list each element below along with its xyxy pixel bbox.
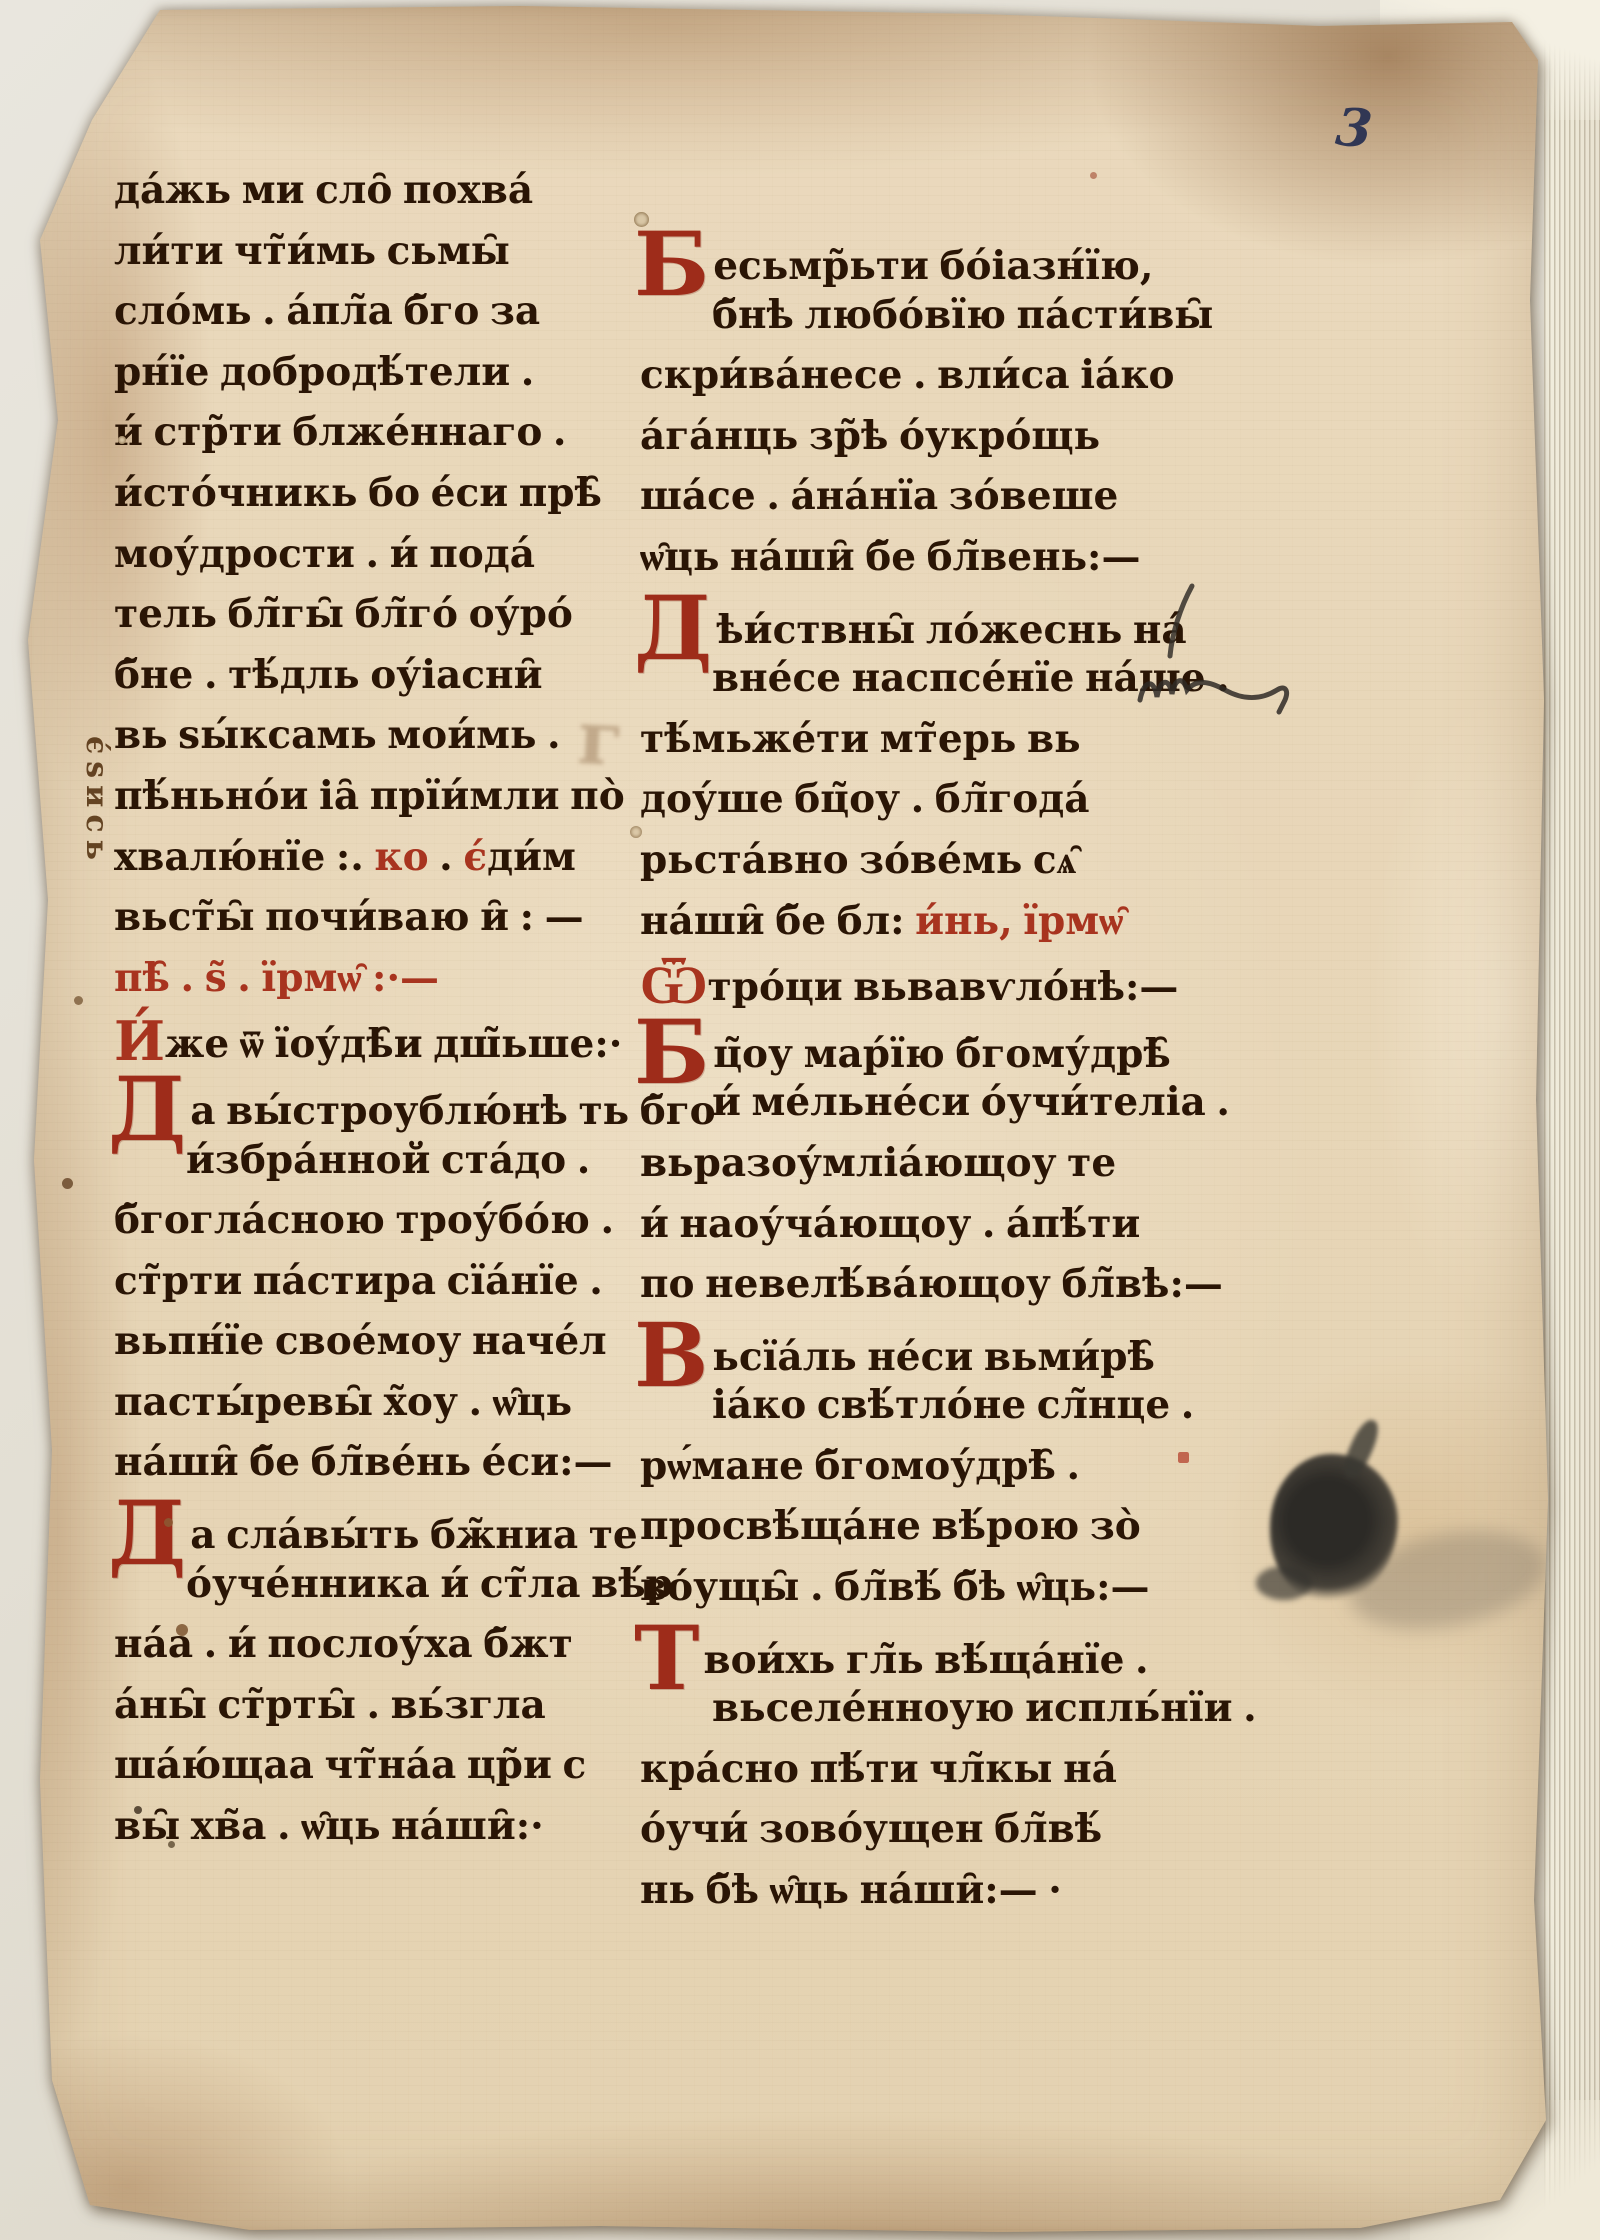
text-line: пѣ́ньно́и іа̑ прїи́мли по̀	[114, 770, 592, 831]
ink-text: сло́мь . а́пл̃а б̃го за	[114, 288, 540, 334]
ink-text: тель бл̃гы̑ бл̃го́ оу́ро́	[114, 591, 573, 637]
page-shadow-wrap: 3 є́ѕись г да́жь ми сло̑ похва́ли́ти чт̃…	[0, 0, 1600, 2240]
worm-hole	[630, 826, 642, 838]
ink-text: б̃нѣ любо́вїю па́сти́вы̑	[712, 292, 1213, 338]
ink-text: на́ши̑ б̃е бл̃ве́нь е́си:—	[114, 1439, 613, 1485]
ink-text: ди́м	[487, 834, 576, 880]
text-line: б̃нѣ любо́вїю па́сти́вы̑	[640, 289, 1200, 350]
ink-text: и́збра́нной ста́до .	[186, 1137, 590, 1183]
text-line: тѣ́мьже́ти мт̃ерь вь	[640, 713, 1200, 774]
ink-text: а сла́вы́ть бж̃ниа те	[190, 1512, 637, 1558]
text-line: іа́ко свѣ́тло́не сл̃нце .	[640, 1379, 1200, 1440]
text-line: на́ши̑ б̃е бл: и́нь, їрмѡ̑	[640, 895, 1200, 956]
ink-text: .	[429, 834, 464, 880]
ink-text: ст̃рти па́стира сїа́нїе .	[114, 1258, 603, 1304]
ink-text: доу́ше бц̃оу . бл̃года́	[640, 776, 1090, 822]
text-column-left: да́жь ми сло̑ похва́ли́ти чт̃и́мь сьмы̑с…	[114, 164, 592, 1861]
text-line: сло́мь . а́пл̃а б̃го за	[114, 285, 592, 346]
text-line: и́сто́чникь бо е́си прѣ̑	[114, 467, 592, 528]
drop-cap-initial: Д	[108, 1513, 186, 1553]
ink-text: ша́ю́щаа чт̃на́а цр̃и с	[114, 1742, 586, 1788]
text-line: нь б̃ѣ ѡ̑ць на́ши̑:— ·	[640, 1864, 1200, 1925]
ink-text: ша́се . а́на́нїа зо́веше	[640, 473, 1118, 519]
ink-text: рьста́вно зо́ве́мь сѧ̑	[640, 837, 1076, 883]
ink-text: и́сто́чникь бо е́си прѣ̑	[114, 470, 602, 516]
ink-text: тѣ́мьже́ти мт̃ерь вь	[640, 716, 1081, 762]
drop-cap-initial: Д	[108, 1089, 186, 1129]
ink-speck	[164, 1518, 173, 1527]
pen-trial-marks	[1136, 578, 1336, 748]
ink-text: скри́ва́несе . вли́са іа́ко	[640, 352, 1175, 398]
drop-cap-initial: В	[634, 1335, 708, 1375]
text-line: б̃не . тѣ́дль оу́іасни̑	[114, 649, 592, 710]
ink-text: ѡ̑ць на́ши̑ б̃е бл̃вень:—	[640, 534, 1140, 580]
text-column-right: Бесьмр̃ьти бо́іазн́їю,б̃нѣ любо́вїю па́с…	[640, 228, 1200, 1925]
ink-text: нь б̃ѣ ѡ̑ць на́ши̑:— ·	[640, 1867, 1062, 1913]
rubric-text: ко	[374, 834, 428, 880]
text-line: просвѣ́ща́не вѣ́рою зо̀	[640, 1500, 1200, 1561]
ink-text: и́ ме́льне́си о́учи́теліа .	[712, 1079, 1230, 1125]
ink-text: по невелѣ́ва́ющоу бл̃вѣ:—	[640, 1261, 1223, 1307]
ink-text: хвалю́нїе :.	[114, 834, 374, 880]
text-line: вьразоу́мліа́ющоу те	[640, 1137, 1200, 1198]
ink-text: кра́сно пѣ́ти чл̃кы на́	[640, 1746, 1117, 1792]
text-line: б̃гогла́сною троу́бо́ю .	[114, 1194, 592, 1255]
text-line: рьста́вно зо́ве́мь сѧ̑	[640, 834, 1200, 895]
ink-text: ьсїа́ль не́си вьми́рѣ̑	[712, 1334, 1155, 1380]
worm-hole	[634, 212, 649, 227]
text-line: вьселе́нноую испль́нїи .	[640, 1682, 1200, 1743]
text-line: кра́сно пѣ́ти чл̃кы на́	[640, 1743, 1200, 1804]
manuscript-page: 3 є́ѕись г да́жь ми сло̑ похва́ли́ти чт̃…	[18, 6, 1564, 2234]
ink-text: вьразоу́мліа́ющоу те	[640, 1140, 1116, 1186]
ink-text: и́ стр̃ти блже́ннаго .	[114, 409, 567, 455]
worm-hole	[118, 436, 126, 444]
text-line: во́ущы̑ . бл̃вѣ́ б̃ѣ ѡ̑ць:—	[640, 1561, 1200, 1622]
ink-speck	[62, 1178, 73, 1189]
ink-text: просвѣ́ща́не вѣ́рою зо̀	[640, 1503, 1141, 1549]
text-line: ст̃рти па́стира сїа́нїе .	[114, 1255, 592, 1316]
text-line: рн́їе добродѣ́тели .	[114, 346, 592, 407]
ink-text: ли́ти чт̃и́мь сьмы̑	[114, 228, 510, 274]
text-line: вне́се наспсе́нїе на́ше .	[640, 652, 1200, 713]
ink-speck	[176, 1624, 188, 1636]
ink-text: іа́ко свѣ́тло́не сл̃нце .	[712, 1382, 1194, 1428]
rubric-text: пѣ̑ . ѕ̃ . їрмѡ̑ :·—	[114, 955, 439, 1001]
text-line: и́ наоу́ча́ющоу . а́пѣ́ти	[640, 1198, 1200, 1259]
pen-squiggle-mark	[1140, 681, 1287, 712]
text-line: Бц̃оу мар́їю б̃гому́дрѣ̑	[640, 1016, 1200, 1077]
text-line: Дѣи́ствны̑ ло́жеснь на́	[640, 592, 1200, 653]
ink-text: вьпн́їе свое́моу наче́л	[114, 1318, 607, 1364]
ink-text: а́га́нць зр̃ѣ о́укро́щь	[640, 413, 1100, 459]
ink-blot-drip	[1256, 1566, 1312, 1600]
ink-text: моу́дрости . и́ пода́	[114, 531, 535, 577]
text-line: а́га́нць зр̃ѣ о́укро́щь	[640, 410, 1200, 471]
text-line: вь ѕы́ксамь мои́мь .	[114, 709, 592, 770]
drop-cap-initial: Т	[634, 1638, 699, 1678]
text-line: ша́се . а́на́нїа зо́веше	[640, 470, 1200, 531]
text-line: Вьсїа́ль не́си вьми́рѣ̑	[640, 1319, 1200, 1380]
text-line: Ѿтро́ци вьвавѵло́нѣ:—	[640, 955, 1200, 1016]
ink-text: и́ наоу́ча́ющоу . а́пѣ́ти	[640, 1201, 1140, 1247]
text-line: тель бл̃гы̑ бл̃го́ оу́ро́	[114, 588, 592, 649]
text-line: о́учи́ зово́ущен бл̃вѣ́	[640, 1803, 1200, 1864]
text-line: Да сла́вы́ть бж̃ниа те	[114, 1497, 592, 1558]
ink-text: вои́хь гл̃ь вѣ́ща́нїе .	[703, 1637, 1148, 1683]
text-line: рѡ́мане б̃гомоу́дрѣ̑ .	[640, 1440, 1200, 1501]
text-line: да́жь ми сло̑ похва́	[114, 164, 592, 225]
ink-text: на́ши̑ б̃е бл:	[640, 898, 915, 944]
text-line: пѣ̑ . ѕ̃ . їрмѡ̑ :·—	[114, 952, 592, 1013]
text-line: доу́ше бц̃оу . бл̃года́	[640, 773, 1200, 834]
text-line: ша́ю́щаа чт̃на́а цр̃и с	[114, 1739, 592, 1800]
text-line: вьст̃ы̑ почи́ваю и̑ : —	[114, 891, 592, 952]
ink-text: тро́ци вьвавѵло́нѣ:—	[708, 964, 1179, 1010]
folio-number: 3	[1333, 97, 1374, 161]
drop-cap-initial: Б	[634, 244, 709, 284]
margin-note: є́ѕись	[79, 736, 114, 867]
ink-text: пѣ́ньно́и іа̑ прїи́мли по̀	[114, 773, 625, 819]
ink-text: вь ѕы́ксамь мои́мь .	[114, 712, 561, 758]
ink-speck	[168, 1841, 175, 1848]
text-line: вьпн́їе свое́моу наче́л	[114, 1315, 592, 1376]
ink-speck	[134, 1806, 142, 1814]
red-speck	[1090, 172, 1097, 179]
text-line: ѡ̑ць на́ши̑ б̃е бл̃вень:—	[640, 531, 1200, 592]
ink-text: вьст̃ы̑ почи́ваю и̑ : —	[114, 894, 584, 940]
drop-cap-initial: Д	[634, 608, 712, 648]
text-line: Бесьмр̃ьти бо́іазн́їю,	[640, 228, 1200, 289]
text-line: вы̑ хв̃а . ѡ̑ць на́ши̑:·	[114, 1800, 592, 1861]
photo-frame: 3 є́ѕись г да́жь ми сло̑ похва́ли́ти чт̃…	[0, 0, 1600, 2240]
ink-text: б̃не . тѣ́дль оу́іасни̑	[114, 652, 543, 698]
text-line: скри́ва́несе . вли́са іа́ко	[640, 349, 1200, 410]
ink-text: есьмр̃ьти бо́іазн́їю,	[713, 243, 1153, 289]
text-line: моу́дрости . и́ пода́	[114, 528, 592, 589]
ink-text: рѡ́мане б̃гомоу́дрѣ̑ .	[640, 1443, 1080, 1489]
pen-stroke-mark	[1170, 586, 1192, 656]
drop-cap-initial: Б	[634, 1032, 709, 1072]
text-line: пасты́ревы̑ х̃оу . ѡ̑ць	[114, 1376, 592, 1437]
text-line: Твои́хь гл̃ь вѣ́ща́нїе .	[640, 1622, 1200, 1683]
ink-text: б̃гогла́сною троу́бо́ю .	[114, 1197, 614, 1243]
text-line: и́ стр̃ти блже́ннаго .	[114, 406, 592, 467]
ink-text: же ѿ їоу́дѣ̑и дш̃ьше:·	[165, 1021, 622, 1067]
ink-speck	[74, 996, 83, 1005]
ink-text: во́ущы̑ . бл̃вѣ́ б̃ѣ ѡ̑ць:—	[640, 1564, 1150, 1610]
text-line: хвалю́нїе :. ко . є́ди́м	[114, 831, 592, 892]
ink-text: а́ны̑ ст̃рты̑ . вь́згла	[114, 1682, 546, 1728]
ink-text: вьселе́нноую испль́нїи .	[712, 1685, 1257, 1731]
rubric-text: є́	[463, 834, 487, 880]
text-line: по невелѣ́ва́ющоу бл̃вѣ:—	[640, 1258, 1200, 1319]
text-line: а́ны̑ ст̃рты̑ . вь́згла	[114, 1679, 592, 1740]
rubric-text: и́нь, їрмѡ̑	[915, 898, 1123, 944]
ink-text: ц̃оу мар́їю б̃гому́дрѣ̑	[713, 1031, 1171, 1077]
text-line: ли́ти чт̃и́мь сьмы̑	[114, 225, 592, 286]
ink-text: о́учи́ зово́ущен бл̃вѣ́	[640, 1806, 1102, 1852]
ink-text: да́жь ми сло̑ похва́	[114, 167, 533, 213]
text-line: и́ ме́льне́си о́учи́теліа .	[640, 1076, 1200, 1137]
red-speck	[1178, 1452, 1189, 1463]
ink-text: о́уче́нника и́ ст̃ла вѣ́р	[186, 1561, 673, 1607]
ink-text: ѣи́ствны̑ ло́жеснь на́	[716, 607, 1186, 653]
ink-text: рн́їе добродѣ́тели .	[114, 349, 534, 395]
text-line: Да вы́строублю́нѣ ть б̃го	[114, 1073, 592, 1134]
ink-text: вы̑ хв̃а . ѡ̑ць на́ши̑:·	[114, 1803, 544, 1849]
ink-text: пасты́ревы̑ х̃оу . ѡ̑ць	[114, 1379, 572, 1425]
